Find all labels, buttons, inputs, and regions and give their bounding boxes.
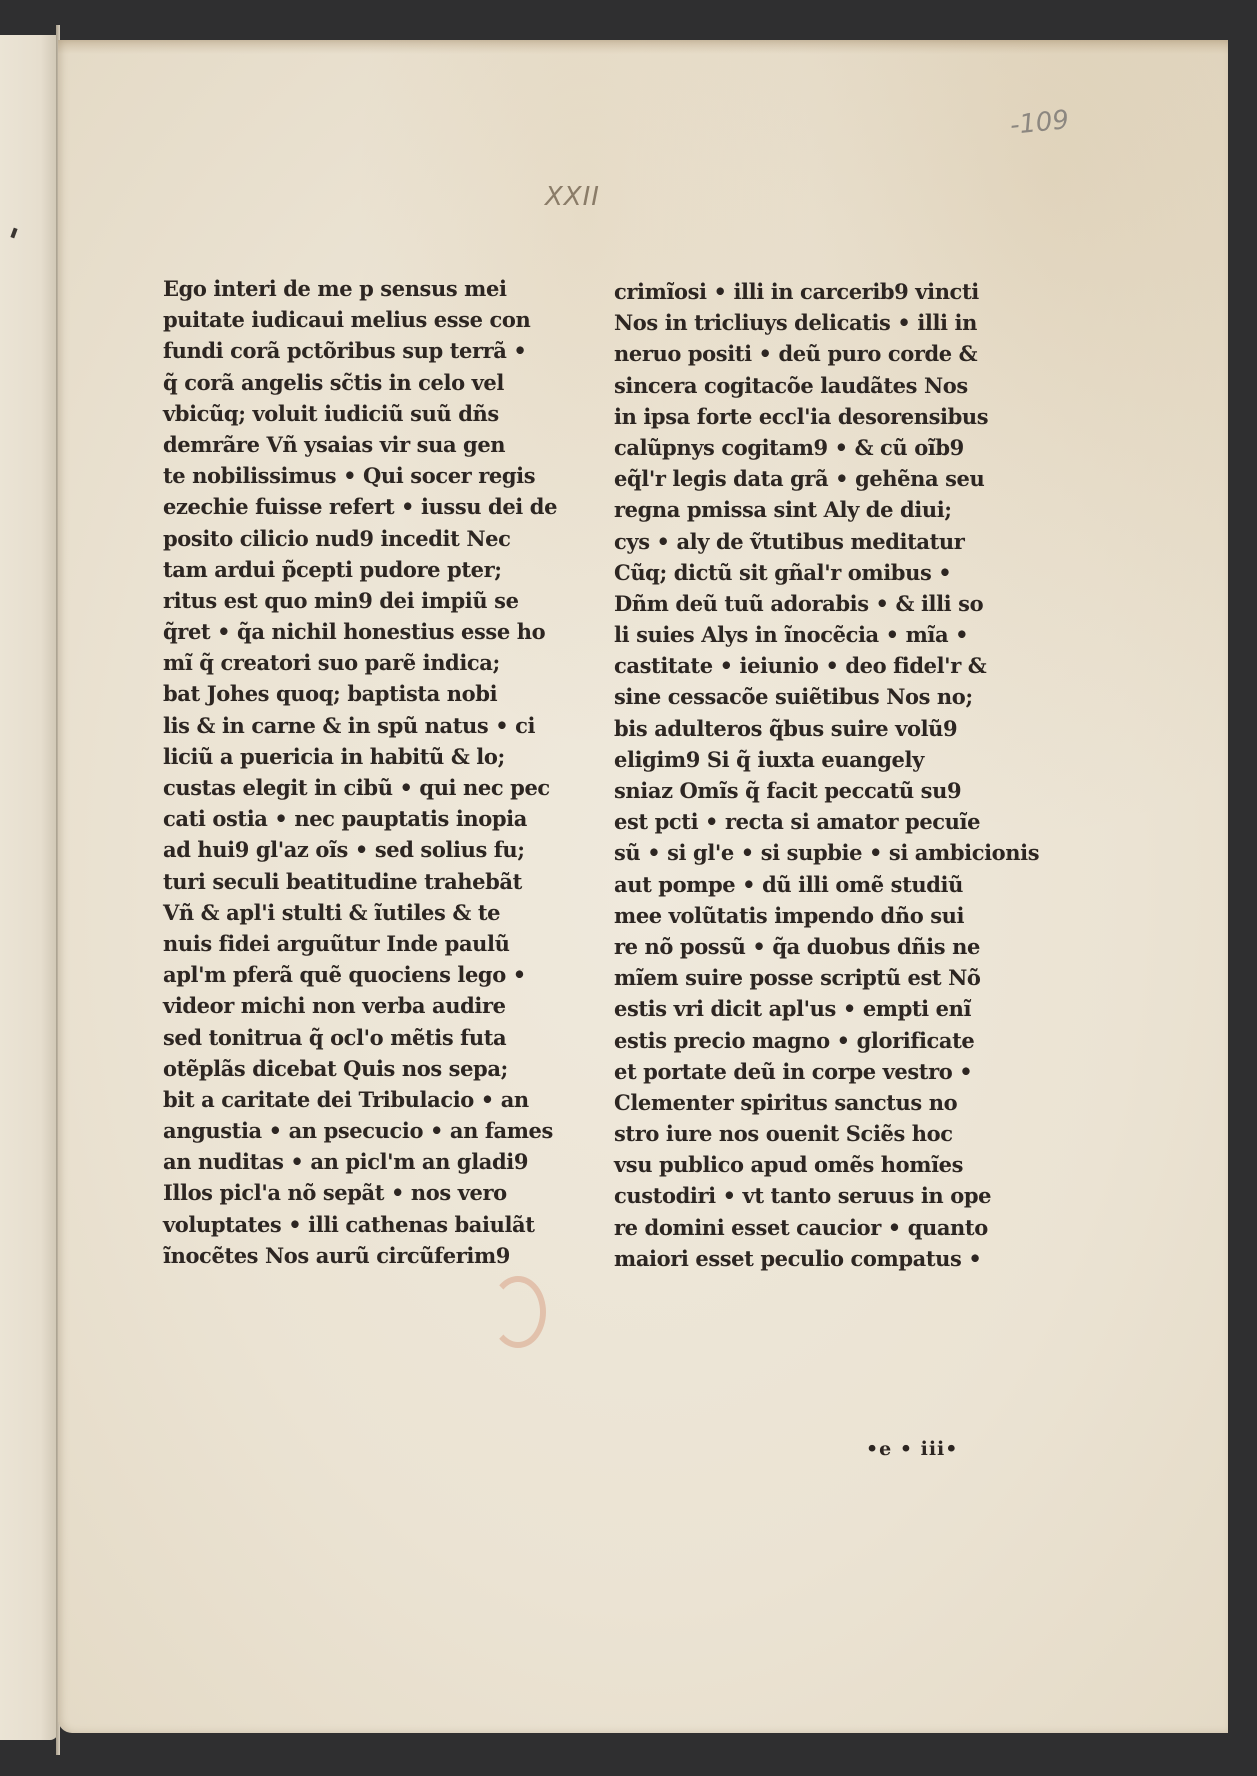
text-line: angustia • an psecucio • an fames bbox=[163, 1115, 541, 1146]
text-line: q̃ret • q̃a nichil honestius esse ho bbox=[163, 616, 541, 647]
text-line: te nobilissimus • Qui socer regis bbox=[163, 460, 541, 491]
text-line: q̃ corã angelis sc̃tis in celo vel bbox=[163, 367, 541, 398]
text-line: Nos in tricliuys delicatis • illi in bbox=[614, 307, 998, 338]
text-line: sniaz Omĩs q̃ facit peccatũ su9 bbox=[614, 775, 998, 806]
text-line: vbicũq; voluit iudiciũ suũ dñs bbox=[163, 398, 541, 429]
text-line: lis & in carne & in spũ natus • ci bbox=[163, 710, 541, 741]
text-line: sũ • si gl'e • si supbie • si ambicionis bbox=[614, 837, 998, 868]
text-line: bis adulteros q̃bus suire volũ9 bbox=[614, 713, 998, 744]
text-line: sine cessacõe suiẽtibus Nos no; bbox=[614, 681, 998, 712]
text-line: estis precio magno • glorificate bbox=[614, 1025, 998, 1056]
text-line: eligim9 Si q̃ iuxta euangely bbox=[614, 744, 998, 775]
text-line: stro iure nos ouenit Sciẽs hoc bbox=[614, 1118, 998, 1149]
text-line: bat Johes quoq; baptista nobi bbox=[163, 678, 541, 709]
text-line: custas elegit in cibũ • qui nec pec bbox=[163, 772, 541, 803]
text-line: Clementer spiritus sanctus no bbox=[614, 1087, 998, 1118]
text-line: sed tonitrua q̃ ocl'o mẽtis futa bbox=[163, 1022, 541, 1053]
text-line: eq̃l'r legis data grã • gehẽna seu bbox=[614, 463, 998, 494]
text-line: aut pompe • dũ illi omẽ studiũ bbox=[614, 869, 998, 900]
text-line: videor michi non verba audire bbox=[163, 990, 541, 1021]
red-stain bbox=[490, 1276, 546, 1348]
text-line: re domini esset caucior • quanto bbox=[614, 1212, 998, 1243]
text-line: maiori esset peculio compatus • bbox=[614, 1243, 998, 1274]
text-line: in ipsa forte eccl'ia desorensibus bbox=[614, 401, 998, 432]
text-line: demrãre Vñ ysaias vir sua gen bbox=[163, 429, 541, 460]
text-line: Ego interi de me p sensus mei bbox=[163, 273, 541, 304]
printer-signature: •e • iii• bbox=[866, 1438, 958, 1460]
text-line: estis vri dicit apl'us • empti enĩ bbox=[614, 993, 998, 1024]
adjacent-page-edge bbox=[0, 35, 58, 1740]
right-text-column: crimĩosi • illi in carcerib9 vinctiNos i… bbox=[614, 276, 998, 1274]
text-line: cati ostia • nec pauptatis inopia bbox=[163, 803, 541, 834]
text-line: castitate • ieiunio • deo fidel'r & bbox=[614, 650, 998, 681]
text-line: vsu publico apud omẽs homĩes bbox=[614, 1149, 998, 1180]
text-line: tam ardui p̃cepti pudore pter; bbox=[163, 554, 541, 585]
text-line: neruo positi • deũ puro corde & bbox=[614, 338, 998, 369]
text-line: turi seculi beatitudine trahebãt bbox=[163, 866, 541, 897]
text-line: mĩem suire posse scriptũ est Nõ bbox=[614, 962, 998, 993]
text-line: sincera cogitacõe laudãtes Nos bbox=[614, 370, 998, 401]
text-line: ritus est quo min9 dei impiũ se bbox=[163, 585, 541, 616]
text-line: ĩnocẽtes Nos aurũ circũferim9 bbox=[163, 1240, 541, 1271]
text-line: Cũq; dictũ sit gñal'r omibus • bbox=[614, 557, 998, 588]
text-line: Illos picl'a nõ sepãt • nos vero bbox=[163, 1177, 541, 1208]
text-line: Vñ & apl'i stulti & ĩutiles & te bbox=[163, 897, 541, 928]
shelfmark: XXII bbox=[545, 182, 600, 212]
text-line: custodiri • vt tanto seruus in ope bbox=[614, 1180, 998, 1211]
left-text-column: Ego interi de me p sensus meipuitate iud… bbox=[163, 273, 541, 1271]
text-line: ezechie fuisse refert • iussu dei de bbox=[163, 491, 541, 522]
text-line: liciũ a puericia in habitũ & lo; bbox=[163, 741, 541, 772]
text-line: otẽplãs dicebat Quis nos sepa; bbox=[163, 1053, 541, 1084]
text-line: mĩ q̃ creatori suo parẽ indica; bbox=[163, 647, 541, 678]
text-line: nuis fidei arguũtur Inde paulũ bbox=[163, 928, 541, 959]
text-line: puitate iudicaui melius esse con bbox=[163, 304, 541, 335]
text-line: calũpnys cogitam9 • & cũ oĩb9 bbox=[614, 432, 998, 463]
text-line: et portate deũ in corpe vestro • bbox=[614, 1056, 998, 1087]
text-line: voluptates • illi cathenas baiulãt bbox=[163, 1209, 541, 1240]
text-line: crimĩosi • illi in carcerib9 vincti bbox=[614, 276, 998, 307]
pencil-folio-number: -109 bbox=[1009, 105, 1071, 141]
text-line: Dñm deũ tuũ adorabis • & illi so bbox=[614, 588, 998, 619]
text-line: li suies Alys in ĩnocẽcia • mĩa • bbox=[614, 619, 998, 650]
text-line: re nõ possũ • q̃a duobus dñis ne bbox=[614, 931, 998, 962]
text-line: cys • aly de ṽtutibus meditatur bbox=[614, 526, 998, 557]
text-line: regna pmissa sint Aly de diui; bbox=[614, 494, 998, 525]
text-line: apl'm pferã quẽ quociens lego • bbox=[163, 959, 541, 990]
text-line: ad hui9 gl'az oĩs • sed solius fu; bbox=[163, 834, 541, 865]
text-line: mee volũtatis impendo dño sui bbox=[614, 900, 998, 931]
text-line: posito cilicio nud9 incedit Nec bbox=[163, 523, 541, 554]
text-line: est pcti • recta si amator pecuĩe bbox=[614, 806, 998, 837]
text-line: fundi corã pctõribus sup terrã • bbox=[163, 335, 541, 366]
text-line: bit a caritate dei Tribulacio • an bbox=[163, 1084, 541, 1115]
text-line: an nuditas • an picl'm an gladi9 bbox=[163, 1146, 541, 1177]
